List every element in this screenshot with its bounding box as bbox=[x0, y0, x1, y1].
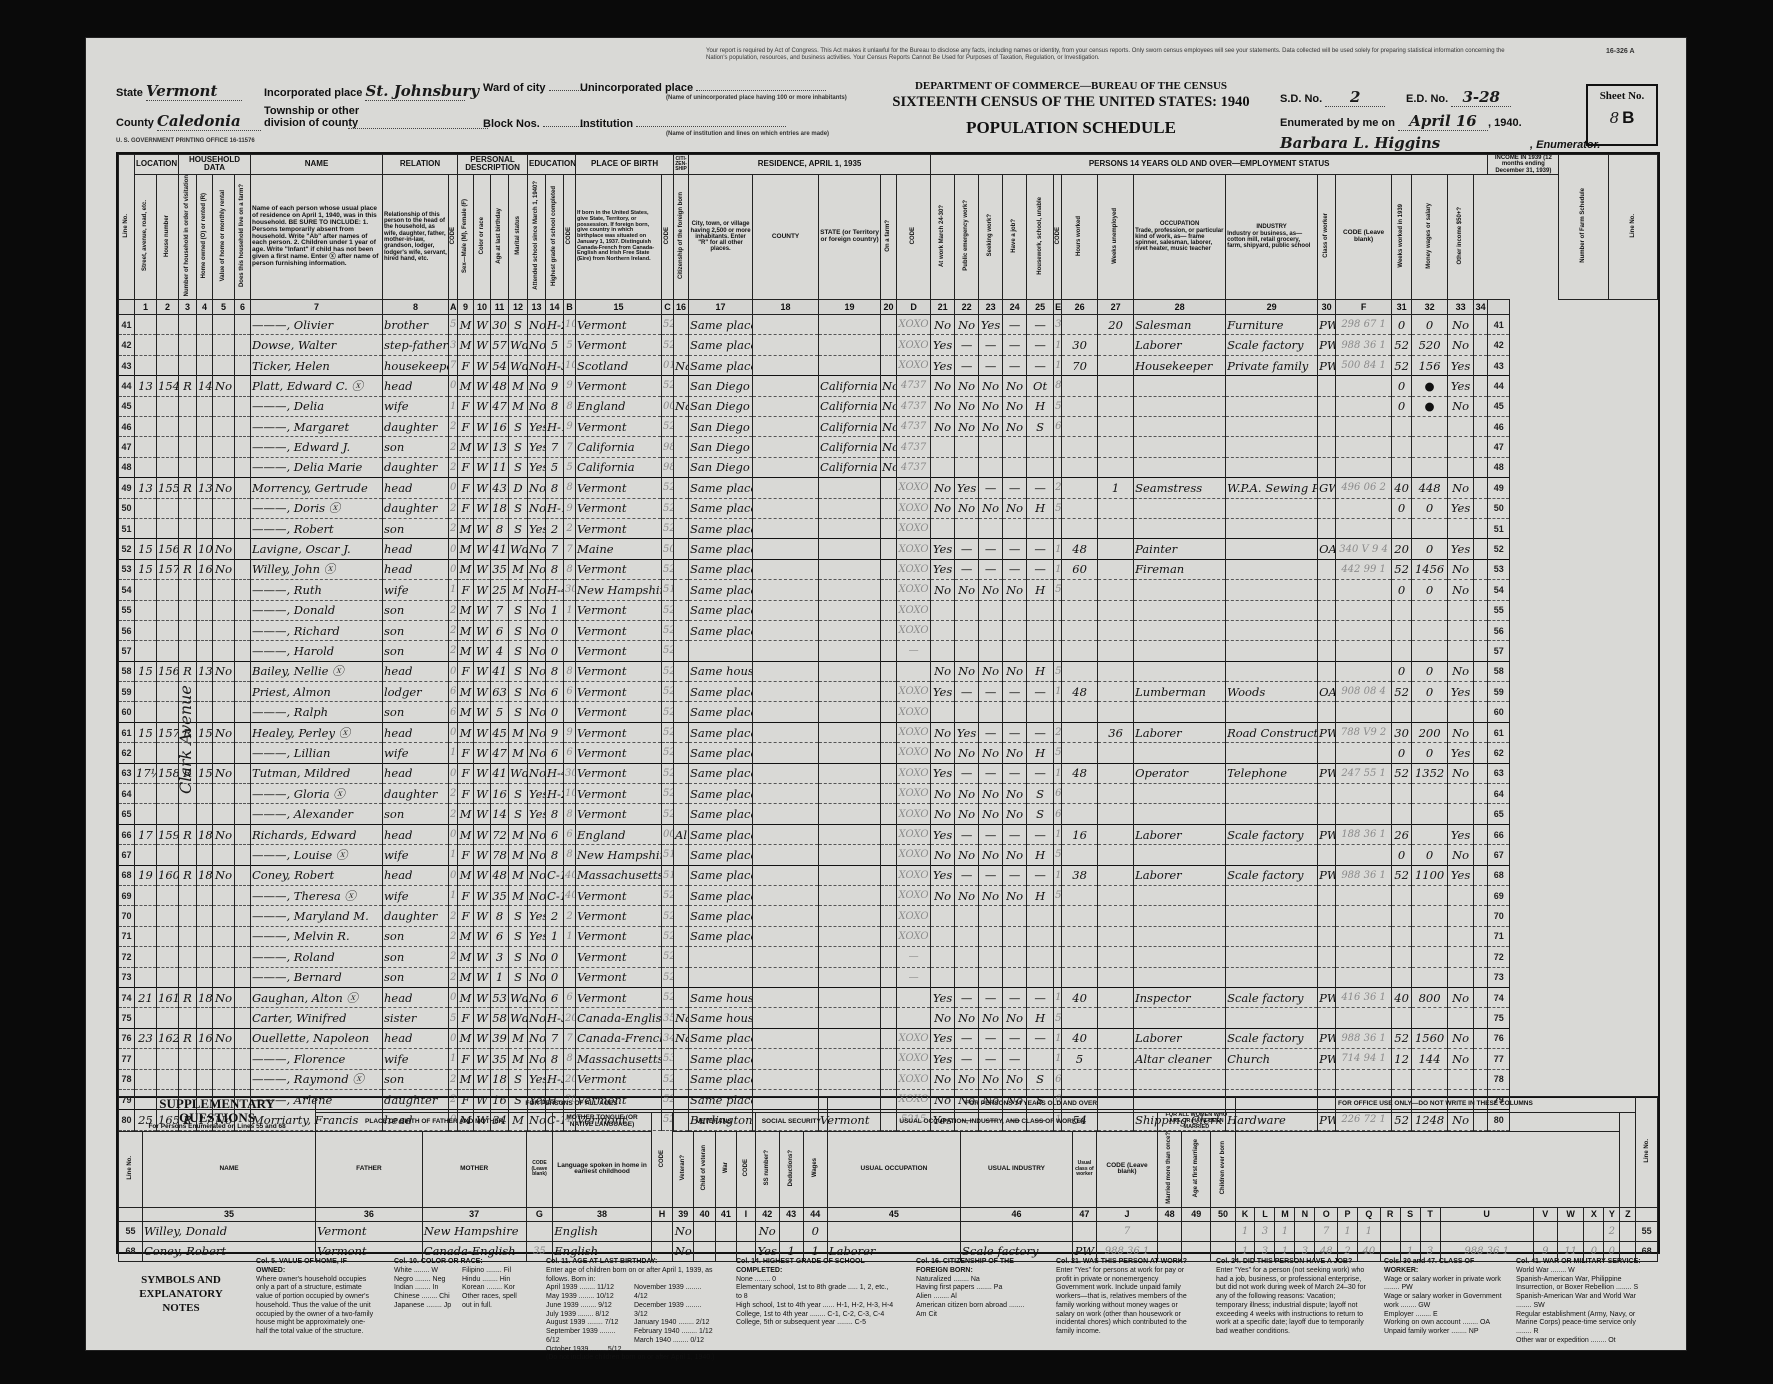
county-value: Caledonia bbox=[157, 112, 261, 131]
incorporated-value: St. Johnsbury bbox=[365, 82, 465, 101]
code-e-cell: 5 bbox=[1054, 396, 1062, 416]
residence-county-cell bbox=[753, 682, 819, 702]
code-c-cell: 52 bbox=[662, 722, 674, 742]
table-row: 70———, Maryland M.daughter2FW8SYes22Verm… bbox=[119, 906, 1658, 926]
code-b-cell: 9 bbox=[564, 376, 576, 396]
code-b-cell: 7 bbox=[564, 1028, 576, 1048]
had-job-cell: No bbox=[1003, 580, 1027, 600]
house-number-cell bbox=[157, 885, 179, 905]
occupation-cell bbox=[1134, 926, 1226, 946]
relation-cell: head bbox=[383, 478, 449, 498]
age-header: Age at last birthday bbox=[491, 174, 509, 299]
line-number-right: 69 bbox=[1488, 885, 1510, 905]
weeks-worked-cell: 52 bbox=[1392, 559, 1412, 579]
farm-schedule-cell bbox=[1474, 743, 1488, 763]
school-cell: No bbox=[528, 743, 546, 763]
had-job-cell: No bbox=[1003, 1069, 1027, 1089]
birthplace-cell: Maine bbox=[576, 539, 662, 559]
hours-cell bbox=[1062, 926, 1098, 946]
residence-city-cell: Same place bbox=[689, 885, 753, 905]
code-d-cell: XOXO bbox=[897, 702, 931, 722]
residence-farm-cell: No bbox=[881, 396, 897, 416]
seeking-work-cell: — bbox=[979, 478, 1003, 498]
line-number-right: 43 bbox=[1488, 355, 1510, 375]
industry-cell bbox=[1226, 620, 1318, 640]
column-number: C bbox=[662, 300, 674, 315]
institution-value bbox=[636, 126, 786, 127]
birthplace-cell: Vermont bbox=[576, 987, 662, 1007]
activity-cell bbox=[1027, 906, 1054, 926]
unemployment-weeks-cell bbox=[1098, 396, 1134, 416]
farm-cell bbox=[235, 417, 251, 437]
birthplace-cell: Vermont bbox=[576, 417, 662, 437]
table-row: 56———, Richardson2MW6SNo0Vermont52Same p… bbox=[119, 620, 1658, 640]
person-name: Coney, Robert bbox=[251, 865, 383, 885]
industry-cell: Furniture bbox=[1226, 315, 1318, 335]
code-d-cell: XOXO bbox=[897, 518, 931, 538]
farm-schedule-cell bbox=[1474, 498, 1488, 518]
supp-code-g-cell bbox=[526, 1221, 553, 1241]
column-number: B bbox=[564, 300, 576, 315]
code-e-cell: 8 bbox=[1054, 376, 1062, 396]
birthplace-cell: Vermont bbox=[576, 641, 662, 661]
grade-cell: 7 bbox=[546, 1028, 564, 1048]
age-cell: 45 bbox=[491, 722, 509, 742]
note-item: Unpaid family worker ........ NP bbox=[1384, 1328, 1504, 1337]
age-first-marriage-header: Age at first marriage bbox=[1182, 1132, 1211, 1208]
unemployment-weeks-cell: 1 bbox=[1098, 478, 1134, 498]
code-a-cell: 1 bbox=[449, 845, 458, 865]
residence-city-cell: Same place bbox=[689, 315, 753, 335]
sex-cell: F bbox=[458, 580, 474, 600]
office-use-section: FOR OFFICE USE ONLY—DO NOT WRITE IN THES… bbox=[1235, 1097, 1636, 1113]
activity-cell: — bbox=[1027, 335, 1054, 355]
note-item: Negro ........ Neg bbox=[394, 1276, 456, 1285]
activity-cell: — bbox=[1027, 539, 1054, 559]
value-cell: No bbox=[213, 987, 235, 1007]
class-of-worker-cell bbox=[1318, 661, 1336, 681]
column-number: 7 bbox=[251, 300, 383, 315]
value-cell bbox=[213, 355, 235, 375]
activity-cell: — bbox=[1027, 824, 1054, 844]
school-cell: Yes bbox=[528, 804, 546, 824]
industry-cell bbox=[1226, 845, 1318, 865]
residence-city-cell: Same place bbox=[689, 743, 753, 763]
supp-c50-cell bbox=[1211, 1221, 1235, 1241]
code-a-cell: 0 bbox=[449, 661, 458, 681]
at-work-cell bbox=[931, 926, 955, 946]
parent-birth-section: PLACE OF BIRTH OF FATHER AND MOTHER bbox=[316, 1113, 553, 1132]
note-col5: Col. 5. VALUE OF HOME, IF OWNED:Where ow… bbox=[256, 1258, 376, 1337]
code-d-cell bbox=[897, 661, 931, 681]
code-b-cell: 2 bbox=[564, 518, 576, 538]
residence-farm-cell bbox=[881, 641, 897, 661]
column-number: D bbox=[897, 300, 931, 315]
column-number: A bbox=[449, 300, 458, 315]
hours-cell: 30 bbox=[1062, 335, 1098, 355]
supp-c40-cell bbox=[694, 1221, 715, 1241]
residence-city-cell: Same place bbox=[689, 478, 753, 498]
residence-farm-cell bbox=[881, 947, 897, 967]
birthplace-cell: Vermont bbox=[576, 763, 662, 783]
value-cell bbox=[213, 1069, 235, 1089]
table-row: 69———, Theresa ⓧwife1FW35MNoC-140Vermont… bbox=[119, 885, 1658, 905]
class-of-worker-cell: PW bbox=[1318, 1049, 1336, 1069]
farm-schedule-cell bbox=[1474, 804, 1488, 824]
had-job-cell bbox=[1003, 967, 1027, 987]
wages-cell bbox=[1412, 885, 1448, 905]
column-number: 31 bbox=[1392, 300, 1412, 315]
note-item: April 1939 ........ 11/12 bbox=[546, 1284, 628, 1293]
occupation-cell bbox=[1134, 437, 1226, 457]
citizenship-header: Citizenship of the foreign born bbox=[674, 174, 689, 299]
industry-cell bbox=[1226, 885, 1318, 905]
code-f-cell bbox=[1336, 600, 1392, 620]
code-c-cell: 98 bbox=[662, 437, 674, 457]
occupation-cell: Laborer bbox=[1134, 824, 1226, 844]
code-b-cell: 20 bbox=[564, 1008, 576, 1028]
value-cell bbox=[213, 498, 235, 518]
house-number-cell bbox=[157, 1069, 179, 1089]
line-number-right: 42 bbox=[1488, 335, 1510, 355]
street-cell bbox=[135, 885, 157, 905]
code-e-cell bbox=[1054, 437, 1062, 457]
birthplace-cell: Vermont bbox=[576, 947, 662, 967]
unemployment-weeks-cell bbox=[1098, 967, 1134, 987]
line-number: 76 bbox=[119, 1028, 135, 1048]
unemployment-weeks-cell bbox=[1098, 580, 1134, 600]
code-f-cell bbox=[1336, 620, 1392, 640]
occupation-cell bbox=[1134, 417, 1226, 437]
wages-cell bbox=[1412, 518, 1448, 538]
at-work-cell bbox=[931, 437, 955, 457]
supp-r-cell bbox=[1380, 1221, 1400, 1241]
grade-cell: H-3 bbox=[546, 1008, 564, 1028]
line-number-right: 51 bbox=[1488, 518, 1510, 538]
relation-cell: lodger bbox=[383, 682, 449, 702]
sex-cell: F bbox=[458, 845, 474, 865]
note-col5-title: Col. 5. VALUE OF HOME, IF OWNED: bbox=[256, 1258, 376, 1276]
class-of-worker-cell bbox=[1318, 620, 1336, 640]
emergency-work-cell: No bbox=[955, 845, 979, 865]
relation-instructions: Relationship of this person to the head … bbox=[383, 174, 449, 299]
farm-cell bbox=[235, 845, 251, 865]
sex-cell: M bbox=[458, 865, 474, 885]
activity-cell: — bbox=[1027, 763, 1054, 783]
seeking-work-cell: — bbox=[979, 1049, 1003, 1069]
code-e-cell: 1 bbox=[1054, 824, 1062, 844]
farm-cell bbox=[235, 600, 251, 620]
class-of-worker-cell bbox=[1318, 784, 1336, 804]
supp-column-number: S bbox=[1400, 1207, 1420, 1221]
residence-county-cell bbox=[753, 1028, 819, 1048]
line-number-right: 44 bbox=[1488, 376, 1510, 396]
citizenship-cell: Na bbox=[674, 396, 689, 416]
race-cell: W bbox=[474, 947, 491, 967]
emergency-work-cell: — bbox=[955, 355, 979, 375]
house-number-cell bbox=[157, 518, 179, 538]
hours-cell bbox=[1062, 478, 1098, 498]
citizenship-cell bbox=[674, 865, 689, 885]
residence-city-cell: San Diego bbox=[689, 457, 753, 477]
seeking-work-cell bbox=[979, 620, 1003, 640]
other-income-cell bbox=[1448, 518, 1474, 538]
residence-farm-cell bbox=[881, 743, 897, 763]
race-cell: W bbox=[474, 784, 491, 804]
industry-cell bbox=[1226, 641, 1318, 661]
residence-county-cell bbox=[753, 355, 819, 375]
code-d-cell: XOXO bbox=[897, 845, 931, 865]
column-number: 13 bbox=[528, 300, 546, 315]
activity-cell bbox=[1027, 926, 1054, 946]
farm-schedule-cell bbox=[1474, 987, 1488, 1007]
grade-cell: H-4 bbox=[546, 763, 564, 783]
code-c-cell: 52 bbox=[662, 376, 674, 396]
age-cell: 47 bbox=[491, 743, 509, 763]
residence-farm-cell bbox=[881, 478, 897, 498]
street-cell bbox=[135, 682, 157, 702]
line-number-right: 58 bbox=[1488, 661, 1510, 681]
street-cell: 15 bbox=[135, 559, 157, 579]
supp-column-number: 39 bbox=[673, 1207, 694, 1221]
residence-city-cell: Same place bbox=[689, 355, 753, 375]
table-row: 67———, Louise ⓧwife1FW78MNo88New Hampshi… bbox=[119, 845, 1658, 865]
other-income-cell: Yes bbox=[1448, 355, 1474, 375]
school-cell: No bbox=[528, 1008, 546, 1028]
note-item: None ........ 0 bbox=[736, 1276, 896, 1285]
form-number: 16-326 A bbox=[1606, 48, 1635, 55]
tenure-cell: 15 bbox=[197, 763, 213, 783]
code-b-cell: 8 bbox=[564, 661, 576, 681]
value-cell bbox=[213, 580, 235, 600]
table-row: 6115157R15NoHealey, Perley ⓧhead0MW45MNo… bbox=[119, 722, 1658, 742]
weeks-worked-cell bbox=[1392, 1008, 1412, 1028]
at-work-cell: No bbox=[931, 478, 955, 498]
person-name: Platt, Edward C. ⓧ bbox=[251, 376, 383, 396]
farm-schedule-cell bbox=[1474, 682, 1488, 702]
farm-schedule-cell bbox=[1474, 763, 1488, 783]
race-cell: W bbox=[474, 987, 491, 1007]
street-cell bbox=[135, 702, 157, 722]
citizenship-cell bbox=[674, 376, 689, 396]
code-b-cell: 9 bbox=[564, 417, 576, 437]
relation-cell: head bbox=[383, 824, 449, 844]
code-b-cell: 5 bbox=[564, 457, 576, 477]
residence-city-cell: Same place bbox=[689, 620, 753, 640]
farm-schedule-cell bbox=[1474, 417, 1488, 437]
column-number: 22 bbox=[955, 300, 979, 315]
table-row: 46———, Margaretdaughter2FW16SYesH-19Verm… bbox=[119, 417, 1658, 437]
farm-cell bbox=[235, 620, 251, 640]
unemployment-weeks-cell bbox=[1098, 784, 1134, 804]
grade-cell: 9 bbox=[546, 376, 564, 396]
supp-column-number: K bbox=[1235, 1207, 1255, 1221]
race-cell: W bbox=[474, 845, 491, 865]
relation-cell: son bbox=[383, 926, 449, 946]
household-number-cell bbox=[179, 417, 197, 437]
tenure-cell bbox=[197, 355, 213, 375]
street-cell bbox=[135, 396, 157, 416]
relation-cell: son bbox=[383, 967, 449, 987]
farm-schedule-cell bbox=[1474, 784, 1488, 804]
code-e-cell: 5 bbox=[1054, 580, 1062, 600]
residence-farm-cell bbox=[881, 967, 897, 987]
industry-cell: W.P.A. Sewing Project bbox=[1226, 478, 1318, 498]
unemployment-weeks-cell bbox=[1098, 926, 1134, 946]
code-c-cell: 52 bbox=[662, 763, 674, 783]
occupation-cell bbox=[1134, 1008, 1226, 1028]
supp-m-cell: 1 bbox=[1275, 1221, 1295, 1241]
supp-column-number: W bbox=[1557, 1207, 1584, 1221]
street-cell bbox=[135, 906, 157, 926]
code-b-cell: 9 bbox=[564, 498, 576, 518]
code-e-cell: 6 bbox=[1054, 804, 1062, 824]
residence-city-cell: San Diego bbox=[689, 437, 753, 457]
code-b-cell: 40 bbox=[564, 865, 576, 885]
table-row: 72———, Rolandson2MW3SNo0Vermont52—72 bbox=[119, 947, 1658, 967]
residence-farm-cell bbox=[881, 906, 897, 926]
line-number-right: 46 bbox=[1488, 417, 1510, 437]
residence-state-cell bbox=[819, 518, 881, 538]
wages-cell bbox=[1412, 824, 1448, 844]
residence-county-cell bbox=[753, 457, 819, 477]
weeks-worked-cell: 0 bbox=[1392, 396, 1412, 416]
industry-cell bbox=[1226, 498, 1318, 518]
code-d-cell: XOXO bbox=[897, 478, 931, 498]
value-cell bbox=[213, 682, 235, 702]
residence-farm-cell bbox=[881, 559, 897, 579]
hours-cell bbox=[1062, 804, 1098, 824]
code-d-cell: XOXO bbox=[897, 559, 931, 579]
value-cell bbox=[213, 1049, 235, 1069]
line-number-right: 77 bbox=[1488, 1049, 1510, 1069]
school-cell: No bbox=[528, 824, 546, 844]
supplementary-title-text: SUPPLEMENTARY QUESTIONS bbox=[120, 1097, 314, 1124]
residence-county-cell bbox=[753, 824, 819, 844]
value-cell: No bbox=[213, 559, 235, 579]
emergency-work-cell: No bbox=[955, 1069, 979, 1089]
race-cell: W bbox=[474, 763, 491, 783]
seeking-work-cell bbox=[979, 702, 1003, 722]
table-row: 55———, Donaldson2MW7SNo11Vermont52Same p… bbox=[119, 600, 1658, 620]
mother-header: MOTHER bbox=[422, 1132, 526, 1208]
residence-farm-cell bbox=[881, 600, 897, 620]
household-number-cell bbox=[179, 620, 197, 640]
race-cell: W bbox=[474, 682, 491, 702]
supp-c39-cell: No bbox=[673, 1221, 694, 1241]
unemployment-weeks-cell bbox=[1098, 539, 1134, 559]
code-d-cell: XOXO bbox=[897, 600, 931, 620]
hours-cell: 5 bbox=[1062, 1049, 1098, 1069]
occupation-cell bbox=[1134, 845, 1226, 865]
note-item: November 1939 ........ 4/12 bbox=[634, 1284, 716, 1302]
supp-c44-cell: 0 bbox=[803, 1221, 827, 1241]
line-number: 50 bbox=[119, 498, 135, 518]
grade-cell: H-1 bbox=[546, 417, 564, 437]
seeking-work-cell bbox=[979, 437, 1003, 457]
activity-cell: — bbox=[1027, 865, 1054, 885]
weeks-worked-cell: 0 bbox=[1392, 661, 1412, 681]
unemployment-weeks-cell bbox=[1098, 906, 1134, 926]
birth-instructions: If born in the United States, give State… bbox=[576, 174, 662, 299]
farm-cell bbox=[235, 315, 251, 335]
person-name: Richards, Edward bbox=[251, 824, 383, 844]
supp-z-cell bbox=[1620, 1221, 1636, 1241]
grade-cell: C-1 bbox=[546, 885, 564, 905]
enumerated-date: April 16 bbox=[1398, 112, 1488, 131]
class-of-worker-cell bbox=[1318, 498, 1336, 518]
unemployment-weeks-cell bbox=[1098, 661, 1134, 681]
other-income-cell: Yes bbox=[1448, 682, 1474, 702]
farm-schedule-cell bbox=[1474, 702, 1488, 722]
birthplace-cell: England bbox=[576, 824, 662, 844]
emergency-work-cell bbox=[955, 906, 979, 926]
age-cell: 6 bbox=[491, 620, 509, 640]
street-cell bbox=[135, 355, 157, 375]
code-b-cell: 1 bbox=[564, 600, 576, 620]
residence-county-cell bbox=[753, 335, 819, 355]
industry-cell: Church bbox=[1226, 1049, 1318, 1069]
code-b-cell: 5 bbox=[564, 335, 576, 355]
class-of-worker-cell bbox=[1318, 845, 1336, 865]
note-col21-text: Enter "Yes" for persons at work for pay … bbox=[1056, 1267, 1196, 1337]
owned-rented-header: Home owned (O) or rented (R) bbox=[197, 174, 213, 299]
farm-cell bbox=[235, 885, 251, 905]
household-number-cell bbox=[179, 355, 197, 375]
supp-line-right: Line No. bbox=[1636, 1097, 1658, 1208]
code-f-cell bbox=[1336, 641, 1392, 661]
code-b-cell: 10 bbox=[564, 355, 576, 375]
class-of-worker-cell bbox=[1318, 906, 1336, 926]
code-b-cell: 2 bbox=[564, 906, 576, 926]
column-number: 17 bbox=[689, 300, 753, 315]
note-col14-list: None ........ 0Elementary school, 1st to… bbox=[736, 1276, 896, 1329]
other-income-cell: No bbox=[1448, 335, 1474, 355]
code-e-cell: 1 bbox=[1054, 335, 1062, 355]
sheet-label: Sheet No. bbox=[1588, 90, 1656, 102]
wages-cell: 1560 bbox=[1412, 1028, 1448, 1048]
line-number: 53 bbox=[119, 559, 135, 579]
wages-cell: ● bbox=[1412, 376, 1448, 396]
birthplace-cell: Vermont bbox=[576, 600, 662, 620]
residence-county-cell bbox=[753, 600, 819, 620]
birthplace-cell: Vermont bbox=[576, 722, 662, 742]
industry-cell bbox=[1226, 906, 1318, 926]
residence-state-cell bbox=[819, 539, 881, 559]
emergency-work-cell bbox=[955, 457, 979, 477]
code-e-cell: 5 bbox=[1054, 661, 1062, 681]
code-d-cell: XOXO bbox=[897, 498, 931, 518]
emergency-work-cell: No bbox=[955, 498, 979, 518]
line-number-right: 60 bbox=[1488, 702, 1510, 722]
tenure-cell bbox=[197, 906, 213, 926]
all-ages-section: FOR PERSONS OF ALL AGES bbox=[316, 1097, 828, 1113]
farm-schedule-cell bbox=[1474, 478, 1488, 498]
line-number-right: 64 bbox=[1488, 784, 1510, 804]
person-name: ———, Edward J. bbox=[251, 437, 383, 457]
code-c-cell: 52 bbox=[662, 518, 674, 538]
table-row: 41———, Olivierbrother5MW30SNoH-210Vermon… bbox=[119, 315, 1658, 335]
at-work-cell bbox=[931, 600, 955, 620]
marital-cell: D bbox=[509, 478, 528, 498]
weeks-worked-cell: 40 bbox=[1392, 987, 1412, 1007]
wages-cell: 1456 bbox=[1412, 559, 1448, 579]
activity-cell: — bbox=[1027, 559, 1054, 579]
person-name: ———, Harold bbox=[251, 641, 383, 661]
legal-notice-left: Your report is required by Act of Congre… bbox=[706, 48, 1130, 54]
emergency-work-cell: — bbox=[955, 559, 979, 579]
supp-column-number: 49 bbox=[1182, 1207, 1211, 1221]
